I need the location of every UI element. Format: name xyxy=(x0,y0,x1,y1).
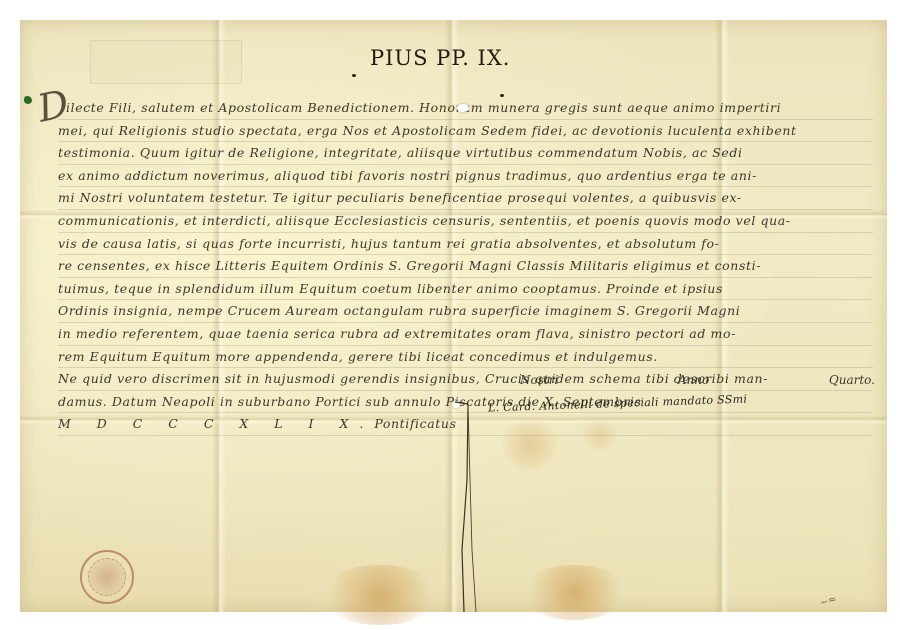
faded-bleedthrough-text xyxy=(90,40,242,84)
punch-hole xyxy=(457,104,469,112)
water-stain xyxy=(520,565,630,620)
body-line: mi Nostri voluntatem testetur. Te igitur… xyxy=(58,187,873,210)
seal-emblem-icon xyxy=(88,558,126,596)
date-year-roman: M D C C C X L I X. xyxy=(58,413,374,435)
body-line: vis de causa latis, si quas forte incurr… xyxy=(58,233,873,256)
embossed-seal-stamp xyxy=(80,550,134,604)
ink-speck xyxy=(352,74,356,77)
water-stain xyxy=(320,565,440,625)
body-line: re censentes, ex hisce Litteris Equitem … xyxy=(58,255,873,278)
body-line: rem Equitum Equitum more appendenda, ger… xyxy=(58,346,873,369)
body-line: Ordinis insignia, nempe Crucem Auream oc… xyxy=(58,300,873,323)
body-line: ex animo addictum noverimus, aliquod tib… xyxy=(58,165,873,188)
green-ink-mark xyxy=(24,96,32,104)
label-quarto: Quarto. xyxy=(829,373,875,387)
document-heading: PIUS PP. IX. xyxy=(370,46,510,70)
date-pontificate: Pontificatus xyxy=(374,413,456,435)
body-line: testimonia. Quum igitur de Religione, in… xyxy=(58,142,873,165)
label-anno: Anno xyxy=(678,373,709,387)
pontificate-year-labels: Nostri Anno Quarto. xyxy=(520,373,875,387)
body-line: tuimus, teque in splendidum illum Equitu… xyxy=(58,278,873,301)
body-line: mei, qui Religionis studio spectata, erg… xyxy=(58,120,873,143)
label-nostri: Nostri xyxy=(520,373,558,387)
body-line: communicationis, et interdicti, aliisque… xyxy=(58,210,873,233)
body-line: in medio referentem, quae taenia serica … xyxy=(58,323,873,346)
binding-cord xyxy=(450,400,480,612)
